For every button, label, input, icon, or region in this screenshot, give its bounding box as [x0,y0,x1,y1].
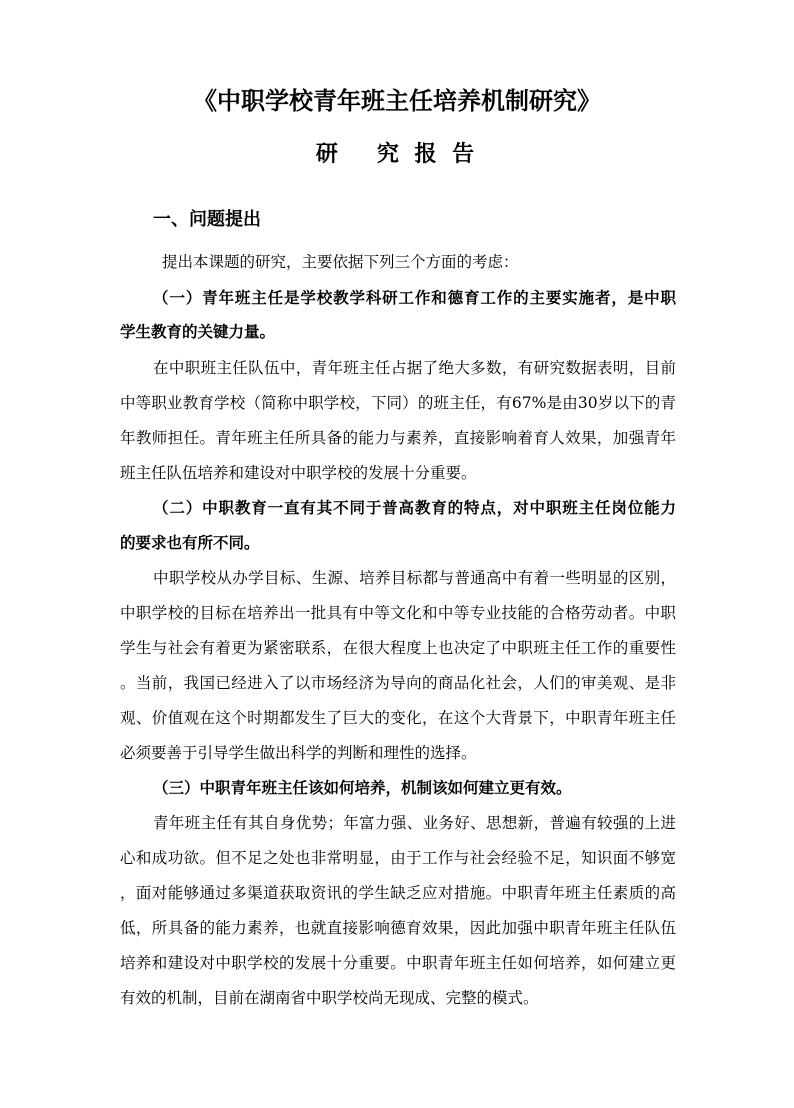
point-3-body-line-5: 培养和建设对中职学校的发展十分重要。中职青年班主任如何培养，如何建立更 [120,951,676,975]
point-1-body-line-3: 年教师担任。青年班主任所具备的能力与素养，直接影响着育人效果，加强青年 [120,426,676,450]
point-3-body-line-3: ，面对能够通过多渠道获取资讯的学生缺乏应对措施。中职青年班主任素质的高 [120,881,676,905]
point-2-body-line-5: 观、价值观在这个时期都发生了巨大的变化，在这个大背景下，中职青年班主任 [120,706,676,730]
point-1-heading-line-2: 学生教育的关键力量。 [120,320,676,344]
document-page: 《中职学校青年班主任培养机制研究》 研 究 报 告 一、问题提出 提出本课题的研… [0,0,794,1108]
point-1-heading-line-1: （一）青年班主任是学校教学科研工作和德育工作的主要实施者，是中职 [153,286,676,310]
point-2-body-line-1: 中职学校从办学目标、生源、培养目标都与普通高中有着一些明显的区别， [153,566,676,590]
section-heading: 一、问题提出 [153,208,261,232]
point-1-body-line-2: 中等职业教育学校（简称中职学校，下同）的班主任，有67%是由30岁以下的青 [120,391,676,415]
point-2-heading-line-2: 的要求也有所不同。 [120,531,676,555]
point-3-heading-line-1: （三）中职青年班主任该如何培养，机制该如何建立更有效。 [153,776,676,800]
point-1-body-line-4: 班主任队伍培养和建设对中职学校的发展十分重要。 [120,461,676,485]
document-subtitle: 研 究 报 告 [0,140,794,170]
point-2-body-line-6: 必须要善于引导学生做出科学的判断和理性的选择。 [120,741,676,765]
point-2-body-line-4: 。当前，我国已经进入了以市场经济为导向的商品化社会，人们的审美观、是非 [120,671,676,695]
point-3-body-line-2: 心和成功欲。但不足之处也非常明显，由于工作与社会经验不足，知识面不够宽 [120,846,676,870]
intro-paragraph: 提出本课题的研究，主要依据下列三个方面的考虑： [162,250,676,274]
point-2-body-line-2: 中职学校的目标在培养出一批具有中等文化和中等专业技能的合格劳动者。中职 [120,601,676,625]
point-1-body-line-1: 在中职班主任队伍中，青年班主任占据了绝大多数，有研究数据表明，目前 [153,356,676,380]
point-3-body-line-4: 低，所具备的能力素养，也就直接影响德育效果，因此加强中职青年班主任队伍 [120,916,676,940]
point-2-body-line-3: 学生与社会有着更为紧密联系，在很大程度上也决定了中职班主任工作的重要性 [120,636,676,660]
point-3-body-line-1: 青年班主任有其自身优势；年富力强、业务好、思想新，普遍有较强的上进 [153,811,676,835]
document-title: 《中职学校青年班主任培养机制研究》 [0,86,794,116]
point-3-body-line-6: 有效的机制，目前在湖南省中职学校尚无现成、完整的模式。 [120,986,676,1010]
point-2-heading-line-1: （二）中职教育一直有其不同于普高教育的特点，对中职班主任岗位能力 [153,496,676,520]
